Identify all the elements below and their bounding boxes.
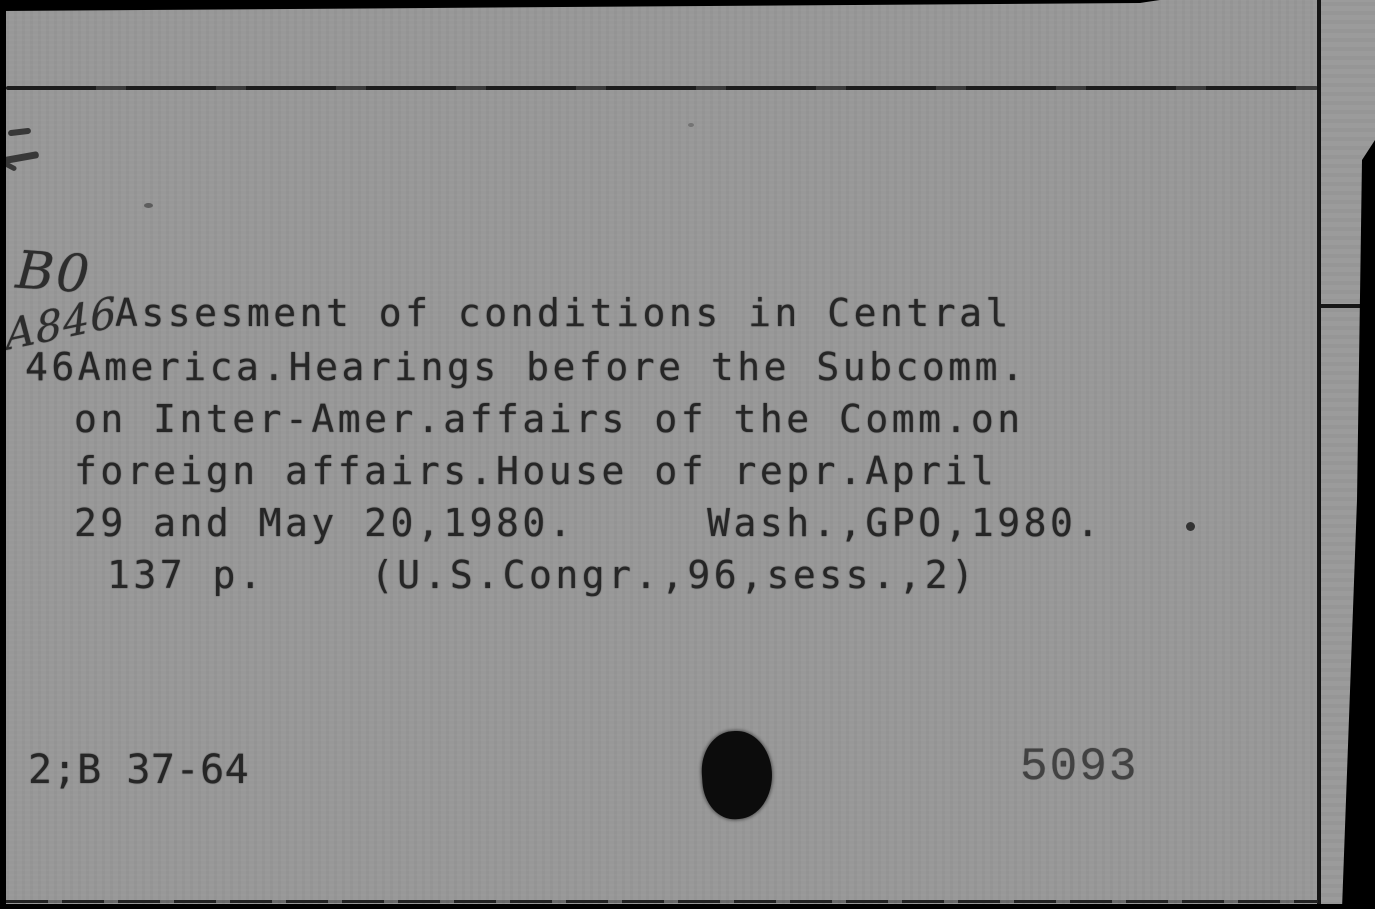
scan-speck (144, 203, 153, 208)
neighbor-card-strip (1320, 0, 1375, 906)
scanned-catalog-card: B0 A846 Assesment of conditions in Centr… (0, 0, 1375, 909)
card-right-edge-line (1317, 0, 1321, 909)
footer-card-number: 5093 (1020, 741, 1138, 793)
typed-line-title: Assesment of conditions in Central (115, 291, 1012, 335)
footer-shelf-code: 2;B 37-64 (28, 747, 249, 793)
neighbor-card-rule (1321, 304, 1375, 308)
scan-left-edge (0, 0, 6, 909)
typed-line-4: foreign affairs.House of repr.April (74, 449, 997, 493)
typed-line-imprint: 29 and May 20,1980. Wash.,GPO,1980. (74, 501, 1103, 545)
scan-speck (688, 123, 694, 127)
scan-bottom-edge (0, 904, 1375, 909)
typed-line-3: on Inter-Amer.affairs of the Comm.on (74, 397, 1024, 441)
card-bottom-rule (6, 900, 1318, 903)
typed-line-2: 46America.Hearings before the Subcomm. (25, 345, 1027, 389)
scan-speck (1186, 522, 1195, 531)
card-top-rule (6, 86, 1318, 90)
typed-line-collation: 137 p. (U.S.Congr.,96,sess.,2) (107, 553, 977, 597)
